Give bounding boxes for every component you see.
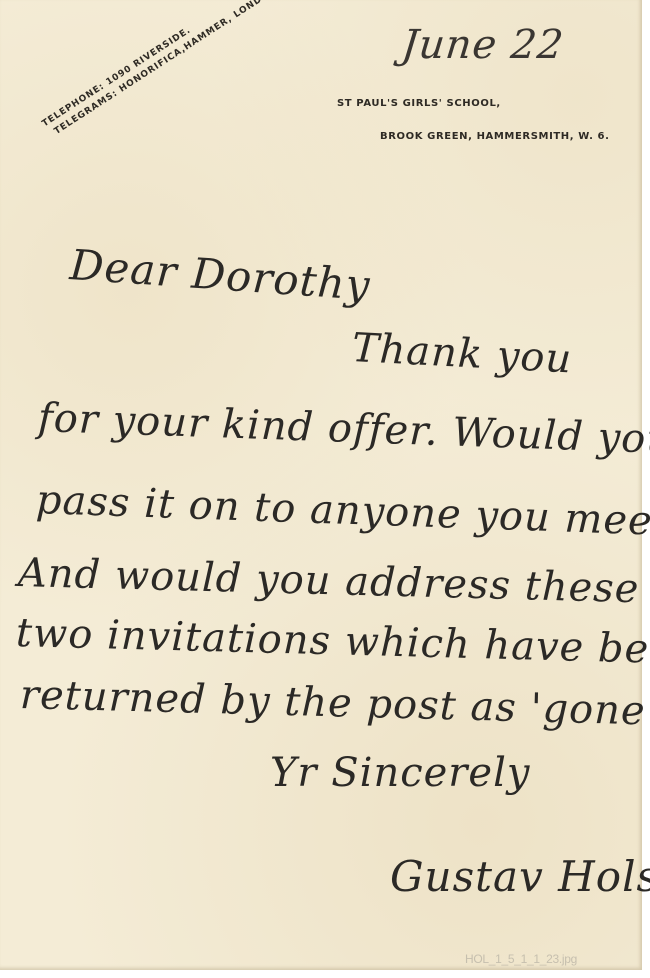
letter-page: TELEPHONE: 1090 RIVERSIDE. TELEGRAMS: HO… [0,0,642,970]
letterhead-telegrams: TELEGRAMS: HONORIFICA,HAMMER, LONDON. [52,0,283,139]
letterhead-school-name: ST PAUL'S GIRLS' SCHOOL, [337,98,501,109]
letter-body-line: two invitations which have been [15,610,650,674]
letter-salutation: Dear Dorothy [68,240,372,310]
letterhead-address: BROOK GREEN, HAMMERSMITH, W. 6. [380,131,610,142]
letter-body-line: for your kind offer. Would you [37,395,650,463]
letter-body-line: Thank you [351,325,574,382]
image-filename-label: HOL_1_5_1_1_23.jpg [465,952,577,966]
letter-body-line: returned by the post as 'gone away'? [19,672,650,738]
letterhead-contact-block: TELEPHONE: 1090 RIVERSIDE. TELEGRAMS: HO… [40,0,283,142]
letter-date: June 22 [400,22,567,68]
letter-signature: Gustav Holst [390,852,650,901]
letter-body-line: And would you address these [17,550,640,612]
letter-closing: Yr Sincerely [270,750,530,796]
letter-body-line: pass it on to anyone you meet? [35,477,650,546]
